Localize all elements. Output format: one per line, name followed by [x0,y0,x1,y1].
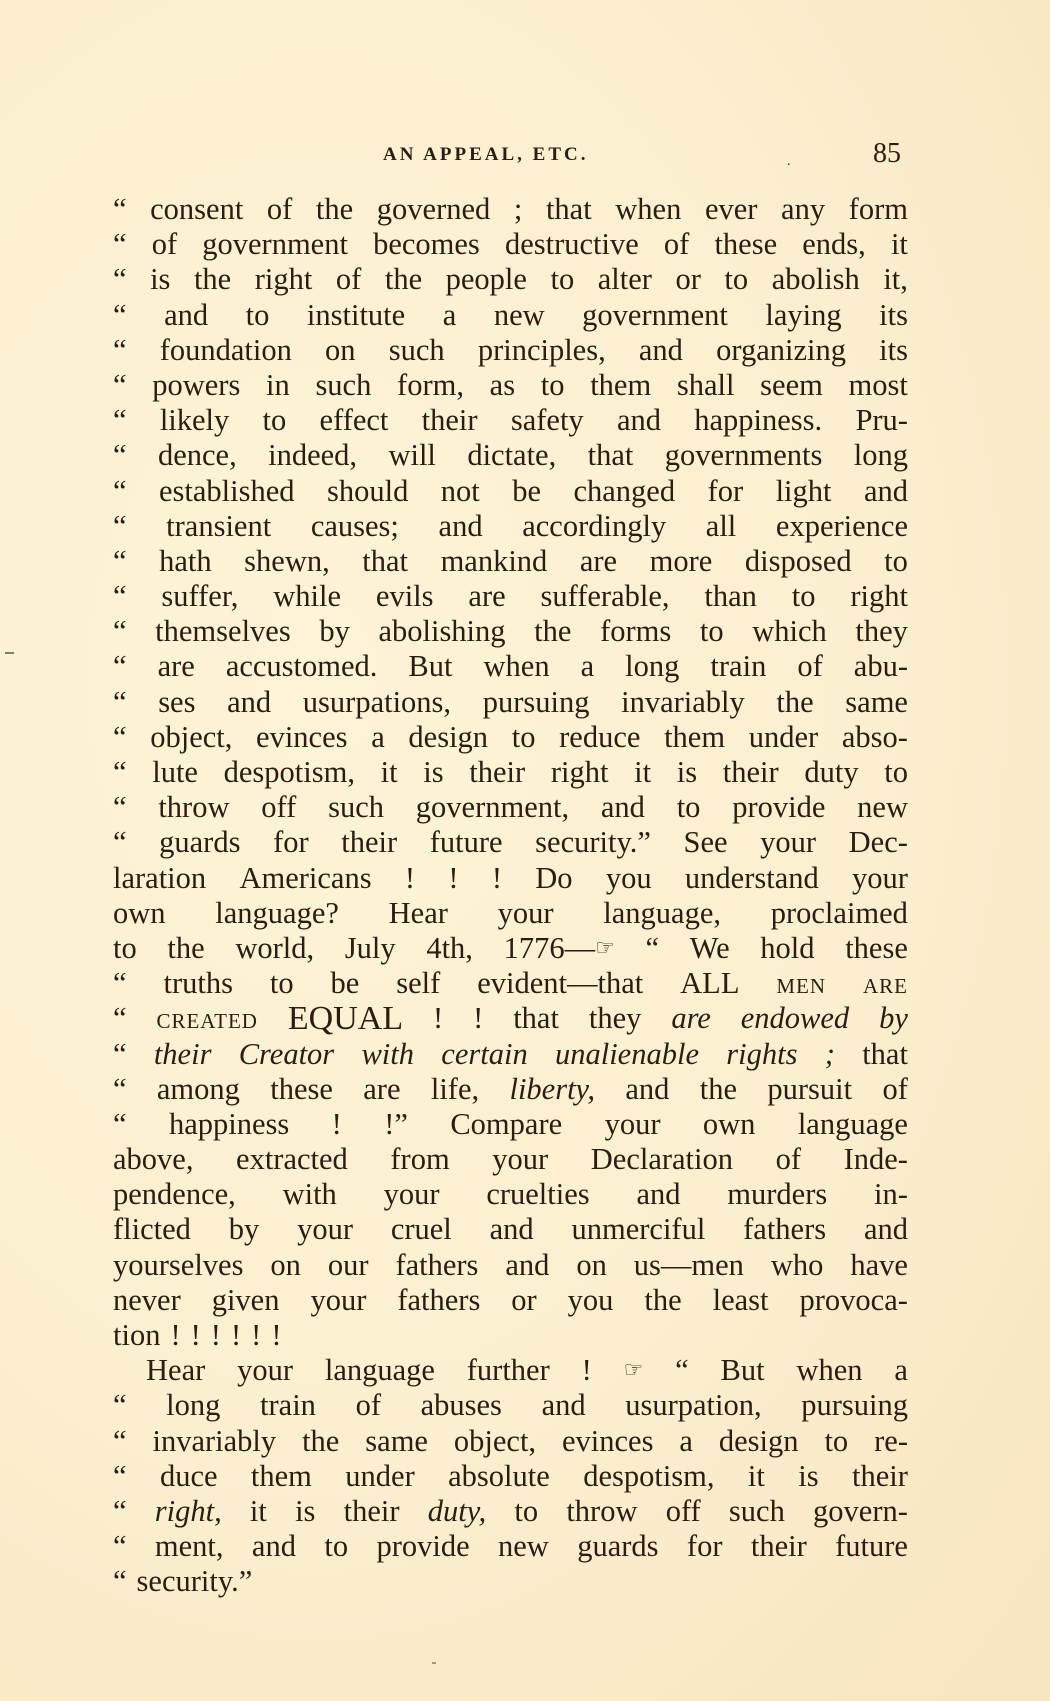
word: “ [113,192,127,227]
word: their [154,1037,212,1072]
text-line: larationAmericans!!!Doyouunderstandyour [113,861,908,896]
word: their [422,403,478,438]
word: ! [433,1001,443,1036]
word: “ [113,438,127,473]
word: ment, [155,1529,224,1564]
word: abu- [854,649,908,684]
word: such [328,790,384,825]
text-line: “security.” [113,1564,908,1599]
word: ! [211,1318,221,1353]
word: such [729,1494,785,1529]
word: reduce [559,720,640,755]
word: accustomed. [226,649,378,684]
word: and [617,403,661,438]
word: absolute [448,1459,550,1494]
word: unmerciful [571,1212,705,1247]
word: “ [113,1001,127,1036]
text-line: flictedbyyourcruelandunmercifulfathersan… [113,1212,908,1247]
word: evident—that [477,966,643,1001]
word: ! [170,1318,180,1353]
word: the [316,192,353,227]
word: all [706,509,737,544]
word: provide [376,1529,469,1564]
word: to [677,790,701,825]
word: have [850,1248,908,1283]
word: “ [113,298,127,333]
word: government, [416,790,569,825]
word: is [677,755,697,790]
word: and [439,509,483,544]
word: it [891,227,908,262]
word: from [390,1142,449,1177]
word: your [297,1212,353,1247]
word: “ [113,262,127,297]
word: despotism, [224,755,355,790]
text-line: “lutedespotism,itistheirrightitistheirdu… [113,755,908,790]
word: language? [215,896,339,931]
word: Compare [450,1107,562,1142]
word: a [679,1424,693,1459]
word: invariably [621,685,745,720]
word: “ [113,1529,127,1564]
text-line: “ducethemunderabsolutedespotism,itisthei… [113,1459,908,1494]
word: these [714,227,777,262]
word: ! [492,861,502,896]
word: Declaration [591,1142,733,1177]
word: ses [158,685,195,720]
word: extracted [236,1142,348,1177]
word: such [389,333,445,368]
word: design [408,720,488,755]
word: a [371,720,385,755]
word: above, [113,1142,193,1177]
word: to [550,262,574,297]
word: it, [883,262,908,297]
word: to [270,966,294,1001]
word: given [212,1283,280,1318]
word: Dec- [849,825,908,860]
word: or [675,262,700,297]
word: “ [113,1072,127,1107]
word: unalienable [555,1037,699,1072]
word: new [498,1529,549,1564]
word: the [776,685,813,720]
word: to [541,368,565,403]
word: duty, [428,1494,486,1529]
word: on [325,333,356,368]
word: your [384,1177,440,1212]
word: future [835,1529,908,1564]
word: their [723,755,779,790]
word: But [721,1353,765,1388]
word: cruelties [486,1177,589,1212]
word: are [363,1072,400,1107]
word: object, [454,1424,536,1459]
word: pursuit [767,1072,852,1107]
word: to [324,1529,348,1564]
word: yourselves [113,1248,243,1283]
word: them [251,1459,312,1494]
word: least [713,1283,769,1318]
word: or [511,1283,536,1318]
word: when [484,649,550,684]
word: principles, [478,333,606,368]
word: abolish [772,262,860,297]
word: it [250,1494,267,1529]
word: and [636,1177,680,1212]
word: them [590,368,651,403]
word: “ [675,1353,689,1388]
word: established [159,474,295,509]
word: be [331,966,360,1001]
word: “ [113,966,127,1001]
word: design [719,1424,799,1459]
text-line: “invariablythesameobject,evincesadesignt… [113,1424,908,1459]
word: to [512,720,536,755]
word: are [863,966,908,1001]
text-line: “amongthesearelife,liberty,andthepursuit… [113,1072,908,1107]
word: to [514,1494,538,1529]
word: to [263,403,287,438]
word: us—men [634,1248,744,1283]
word: pursuing [801,1388,908,1423]
text-line: “dence,indeed,willdictate,thatgovernment… [113,438,908,473]
word: the [644,1283,681,1318]
word: truths [163,966,232,1001]
word: long [625,649,679,684]
word: Do [535,861,572,896]
word: seem [760,368,823,403]
word: language [325,1353,435,1388]
word: and [864,474,908,509]
word: more [650,544,713,579]
word: it [748,1459,765,1494]
word: govern- [813,1494,908,1529]
text-line: Hearyourlanguagefurther!☞“Butwhena [113,1353,908,1388]
word: should [327,474,408,509]
word: abso- [842,720,908,755]
word: object, [150,720,232,755]
word: on [576,1248,607,1283]
word: a [443,298,457,333]
word: these [845,931,908,966]
word: its [879,333,908,368]
word: of [152,227,177,262]
text-line: “andtoinstituteanewgovernmentlayingits [113,298,908,333]
word: any [781,192,825,227]
text-line: yourselvesonourfathersandonus—menwhohave [113,1248,908,1283]
word: the [385,262,422,297]
word: causes; [311,509,399,544]
word: security.” [535,825,651,860]
word: than [704,579,757,614]
word: invariably [152,1424,276,1459]
word: effect [320,403,389,438]
word: Hear [146,1353,205,1388]
word: their [852,1459,908,1494]
text-line: “truthstobeselfevident—thatALLmenare [113,966,908,1001]
word: and [227,685,271,720]
word: and [490,1212,534,1247]
word: form, [397,368,464,403]
word: when [615,192,681,227]
word: are [671,1001,711,1036]
word: destructive [505,227,639,262]
word: is [423,755,443,790]
word: themselves [155,614,291,649]
word: you [606,861,652,896]
word: proclaimed [771,896,908,931]
word: the [700,1072,737,1107]
word: their [469,755,525,790]
word: “ [113,790,127,825]
bottom-mark [432,1662,436,1664]
word: governed [377,192,490,227]
word: on [270,1248,301,1283]
word: provide [732,790,825,825]
word: right [255,262,313,297]
word: throw [566,1494,637,1529]
text-line: “right,itistheirduty,tothrowoffsuchgover… [113,1494,908,1529]
word: most [849,368,908,403]
word: ! [473,1001,483,1036]
word: with [361,1037,414,1072]
word: among [157,1072,240,1107]
word: people [446,262,527,297]
word: that [513,1001,559,1036]
word: 1776—☞ [504,931,615,966]
word: a [581,649,595,684]
word: the [534,614,571,649]
word: light [776,474,832,509]
word: ! [405,861,415,896]
word: !” [384,1107,408,1142]
word: own [703,1107,756,1142]
word: you [568,1283,614,1318]
word: evils [376,579,434,614]
word: “ [113,614,127,649]
word: its [879,298,908,333]
word: government [202,227,348,262]
word: ; [825,1037,835,1072]
word: the [302,1424,339,1459]
word: “ [113,825,127,860]
word: provoca- [800,1283,908,1318]
word: will [388,438,435,473]
word: pursuing [483,685,590,720]
word: alter [598,262,652,297]
word: which [752,614,827,649]
word: when [796,1353,862,1388]
word: security.” [137,1564,253,1599]
word: is [798,1459,818,1494]
word: “ [113,755,127,790]
word: your [760,825,816,860]
word: becomes [373,227,480,262]
word: rights [726,1037,797,1072]
word: mankind [441,544,548,579]
text-line: “object,evincesadesigntoreducethemundera… [113,720,908,755]
word: of [797,649,822,684]
word: We [690,931,730,966]
word: that [862,1037,908,1072]
word: the [167,931,204,966]
word: disposed [745,544,852,579]
word: own [113,896,166,931]
word: forms [600,614,671,649]
word: train [260,1388,316,1423]
word: their [751,1529,807,1564]
word: to [884,544,908,579]
word: “ [113,1037,127,1072]
word: language [798,1107,908,1142]
word: “ [113,1564,127,1599]
word: dictate, [467,438,556,473]
word: “ [113,509,127,544]
word: Pru- [855,403,908,438]
word: See [683,825,727,860]
word: to [792,579,816,614]
word: world, [235,931,314,966]
word: who [771,1248,824,1283]
word: under [345,1459,414,1494]
word: But [408,649,452,684]
word: Creator [239,1037,334,1072]
word: fathers [743,1212,826,1247]
word: duty [804,755,858,790]
page-number: 85 [873,138,901,170]
text-line: “istherightofthepeopletoalterortoabolish… [113,262,908,297]
word: ☞ [624,1353,644,1388]
word: same [365,1424,428,1459]
text-line: “createdEQUAL!!thattheyareendowedby [113,1001,908,1036]
word: such [315,368,371,403]
word: “ [113,1107,127,1142]
word: safety [511,403,584,438]
word: ! [582,1353,592,1388]
text-line: “foundationonsuchprinciples,andorganizin… [113,333,908,368]
word: “ [113,720,127,755]
word: accordingly [522,509,666,544]
word: and [625,1072,669,1107]
word: and [601,790,645,825]
word: murders [727,1177,827,1212]
word: duce [160,1459,218,1494]
text-line: “ment,andtoprovidenewguardsfortheirfutur… [113,1529,908,1564]
word: evinces [256,720,347,755]
word: “ [113,474,127,509]
word: ! [191,1318,201,1353]
word: and [639,333,683,368]
word: “ [113,227,127,262]
word: are [580,544,617,579]
word: of [776,1142,801,1177]
word: and [542,1388,586,1423]
word: changed [573,474,675,509]
word: your [852,861,908,896]
word: your [492,1142,548,1177]
word: they [855,614,908,649]
word: “ [646,931,660,966]
word: off [261,790,296,825]
word: throw [158,790,229,825]
word: ! [448,861,458,896]
word: ! [332,1107,342,1142]
word: “ [113,579,127,614]
word: ; [514,192,522,227]
text-line: “ofgovernmentbecomesdestructiveoftheseen… [113,227,908,262]
running-head-title: AN APPEAL, ETC. [383,144,588,166]
word: to [246,298,270,333]
word: liberty, [509,1072,595,1107]
word: happiness. [694,403,822,438]
margin-mark [5,652,14,654]
text-line: tion!!!!!! [113,1318,908,1353]
word: by [319,614,350,649]
word: “ [113,1424,127,1459]
text-line: “themselvesbyabolishingtheformstowhichth… [113,614,908,649]
word: form [849,192,908,227]
word: institute [307,298,405,333]
word: certain [441,1037,527,1072]
word: to [884,755,908,790]
word: new [494,298,545,333]
word: abolishing [378,614,505,649]
word: and [505,1248,549,1283]
word: “ [113,649,127,684]
word: off [666,1494,701,1529]
word: long [166,1388,220,1423]
text-line: “areaccustomed.Butwhenalongtrainofabu- [113,649,908,684]
word: powers [152,368,240,403]
word: that [546,192,592,227]
text-line: nevergivenyourfathersoryoutheleastprovoc… [113,1283,908,1318]
word: for [687,1529,723,1564]
word: governments [665,438,823,473]
word: ! [251,1318,261,1353]
word: a [894,1353,908,1388]
word: are [158,649,195,684]
word: ! [231,1318,241,1353]
word: of [336,262,361,297]
word: self [396,966,440,1001]
word: abuses [421,1388,502,1423]
word: your [310,1283,366,1318]
word: organizing [716,333,846,368]
pointing-hand-icon: ☞ [595,930,615,965]
word: your [498,896,554,931]
word: hath [159,544,212,579]
text-line: “theirCreatorwithcertainunalienableright… [113,1037,908,1072]
word: under [749,720,818,755]
word: life, [431,1072,479,1107]
word: new [857,790,908,825]
word: of [882,1072,907,1107]
word: and [252,1529,296,1564]
word: pendence, [113,1177,236,1212]
word: and [864,1212,908,1247]
word: “ [113,1459,127,1494]
text-line: “happiness!!”Compareyourownlanguage [113,1107,908,1142]
word: their [341,825,397,860]
word: long [854,438,908,473]
word: evinces [562,1424,653,1459]
word: usurpations, [303,685,451,720]
word: they [589,1001,642,1036]
text-line: “guardsfortheirfuturesecurity.”SeeyourDe… [113,825,908,860]
word: your [605,1107,661,1142]
text-line: totheworld,July4th,1776—☞“Weholdthese [113,931,908,966]
